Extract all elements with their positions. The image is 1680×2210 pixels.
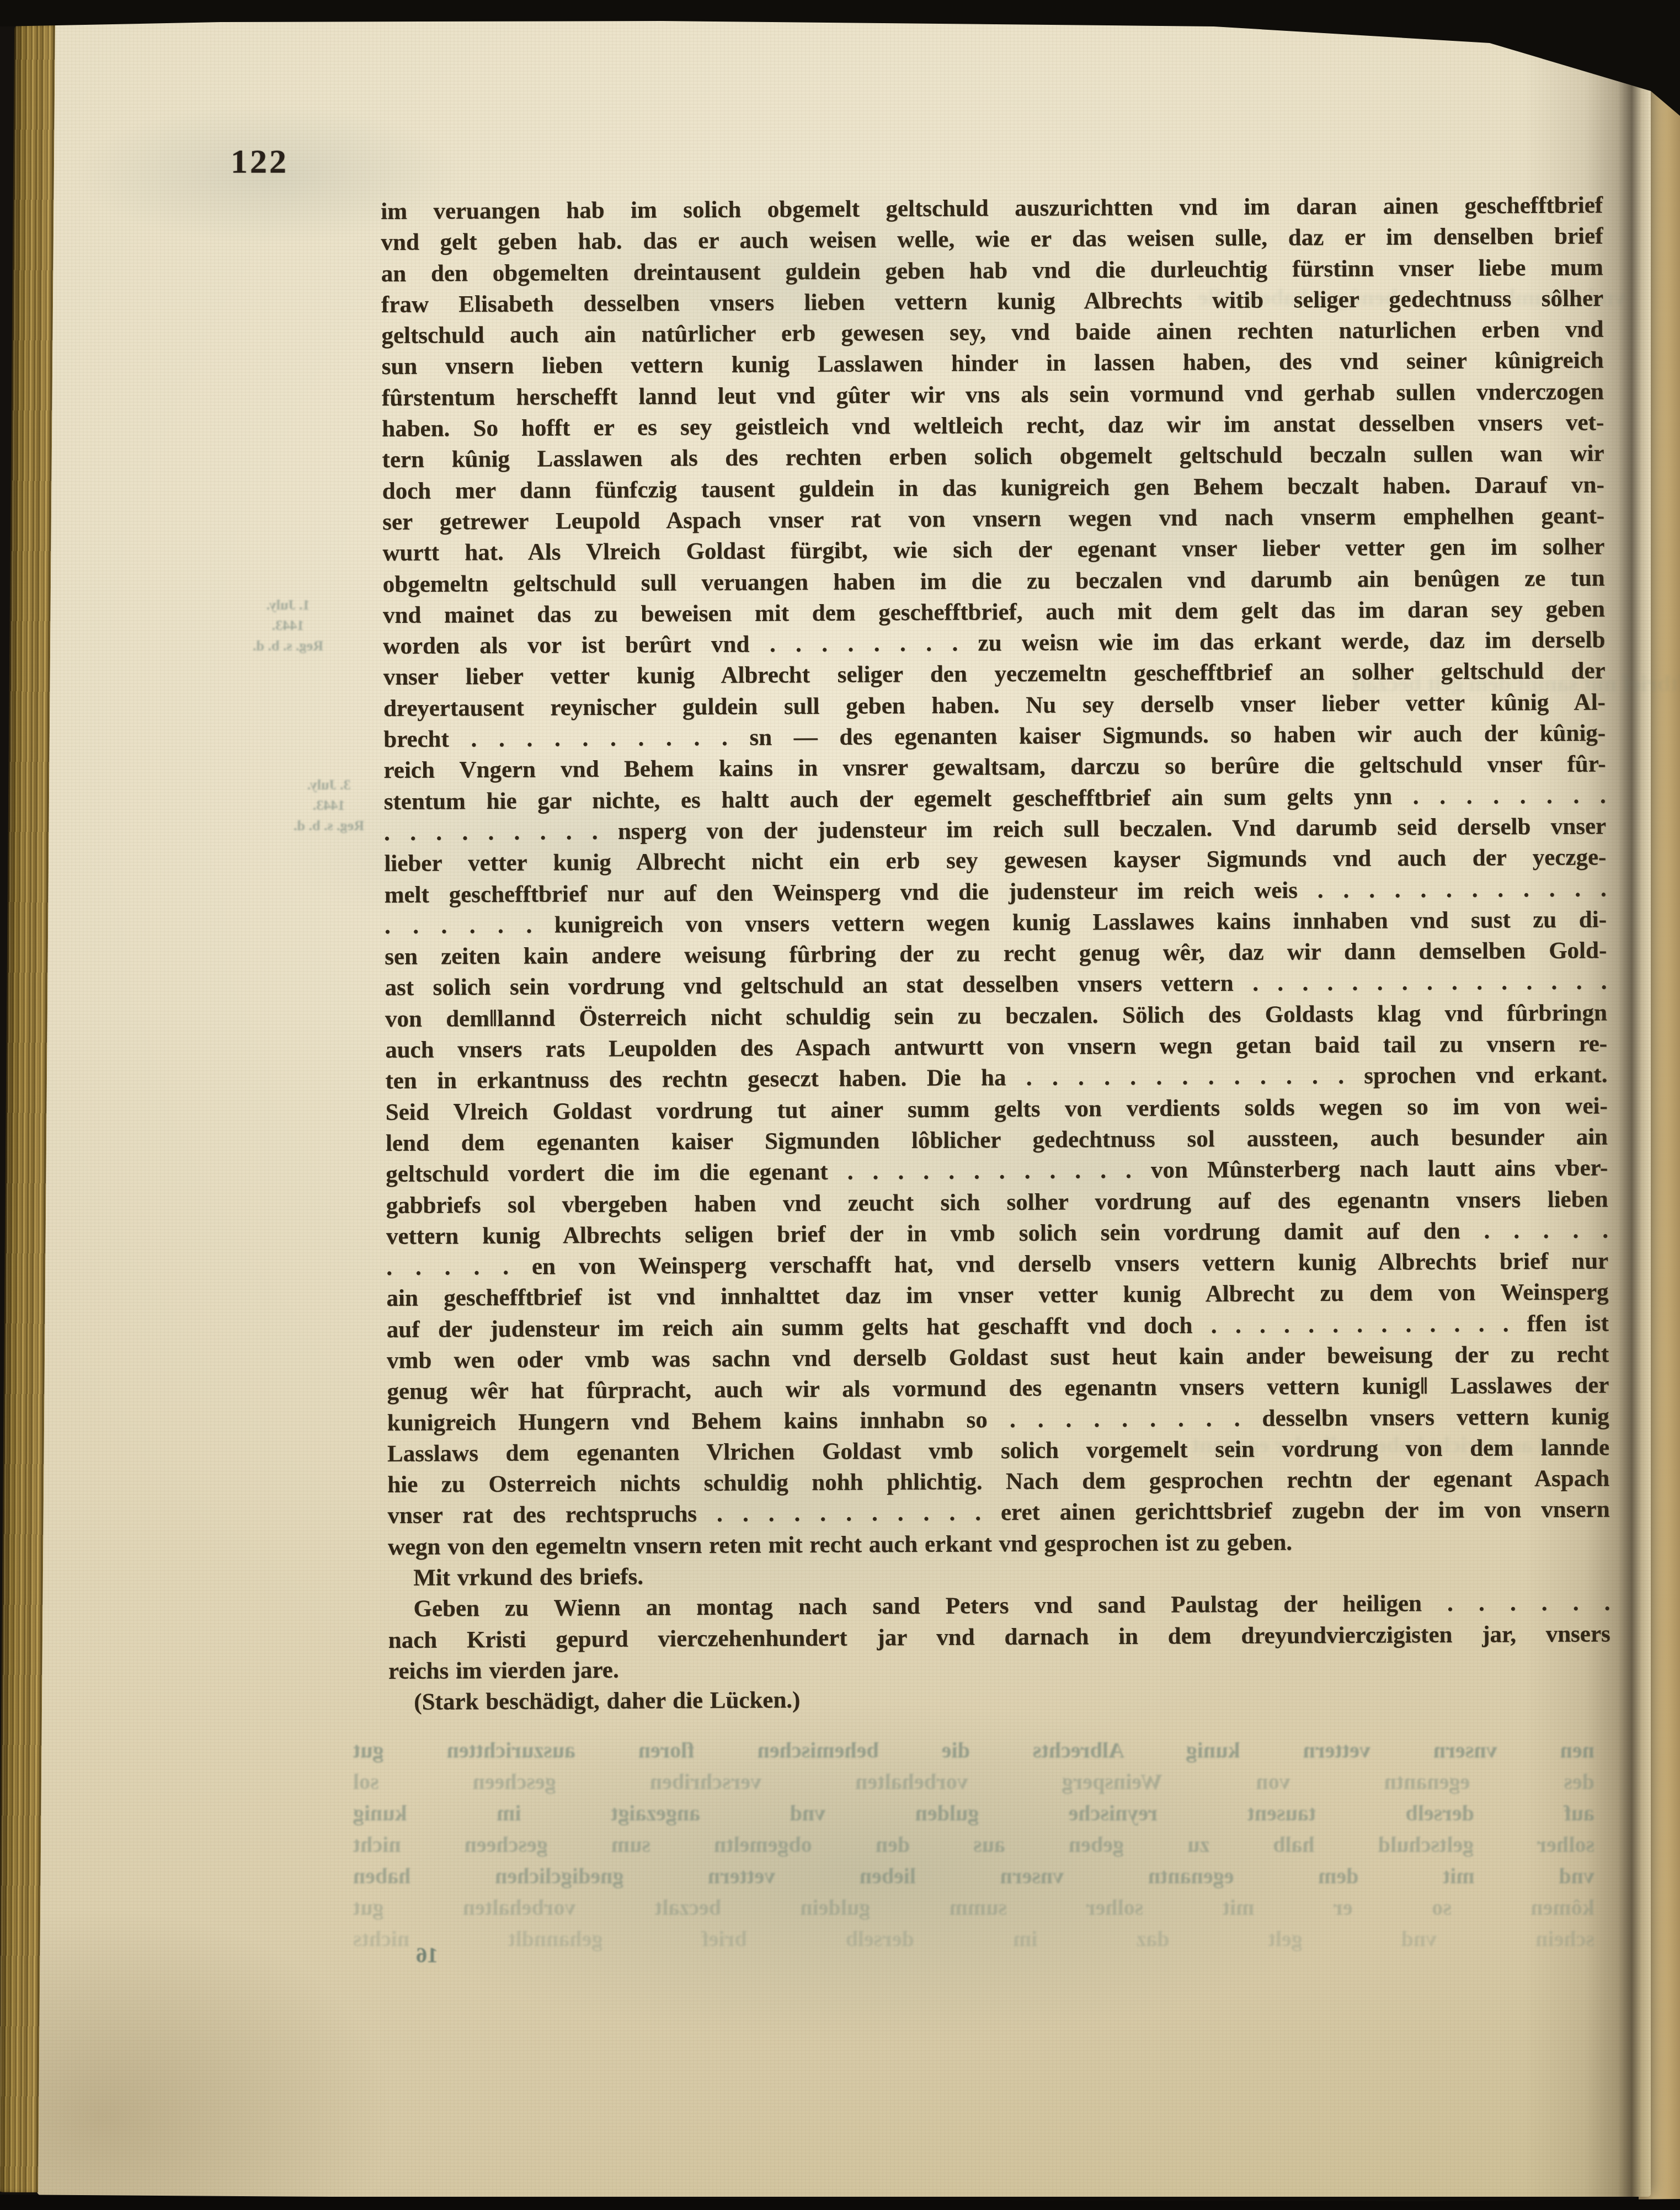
margin-bleed-note: 3. July.1443.Reg. s. b. d. — [268, 775, 390, 836]
book-page: 122 1. July.1443.Reg. s. b. d. 3. July.1… — [36, 20, 1651, 2197]
margin-bleed-line: 3. July. — [268, 775, 390, 795]
text-line: (Stark beschädigt, daher die Lücken.) — [388, 1681, 1610, 1718]
margin-bleed-note: 1. July.1443.Reg. s. b. d. — [227, 595, 349, 656]
bleedthrough-lines: nen vnsern vettern kunig Albrechts die b… — [353, 1734, 1594, 1955]
margin-bleed-line: 1443. — [268, 795, 390, 815]
bleedthrough-line: auf derselb tausent reynische gulden vnd… — [353, 1797, 1594, 1829]
book-scan: 122 1. July.1443.Reg. s. b. d. 3. July.1… — [0, 0, 1680, 2210]
bleedthrough-line: kômen so er mit solher summ guldein becz… — [353, 1892, 1594, 1923]
text-line: vnser rat des rechtspruchs . . . . . . .… — [387, 1494, 1609, 1532]
margin-bleed-line: Reg. s. b. d. — [268, 815, 390, 836]
bleedthrough-line: schein vnd gelt daz im derselb brief geh… — [353, 1923, 1594, 1955]
document-text: im veruangen hab im solich obgemelt gelt… — [381, 190, 1610, 1718]
bleedthrough-line: solher geltschuld halb zu geben aus den … — [353, 1829, 1594, 1860]
bleedthrough-line: nen vnsern vettern kunig Albrechts die b… — [353, 1734, 1594, 1766]
margin-bleed-line: 1. July. — [227, 595, 349, 615]
text-line: nach Kristi gepurd vierczehenhundert jar… — [388, 1619, 1610, 1656]
bleedthrough-line: vnd mit dem egenantn vnsern lieben vette… — [353, 1860, 1594, 1892]
margin-bleed-line: 1443. — [227, 615, 349, 636]
signature-mark-bleed: 16 — [416, 1942, 438, 1968]
margin-bleed-line: Reg. s. b. d. — [227, 636, 349, 656]
bleedthrough-line: des egenantn von Weinsperg vorbehalten v… — [353, 1766, 1594, 1797]
page-number: 122 — [231, 142, 289, 182]
